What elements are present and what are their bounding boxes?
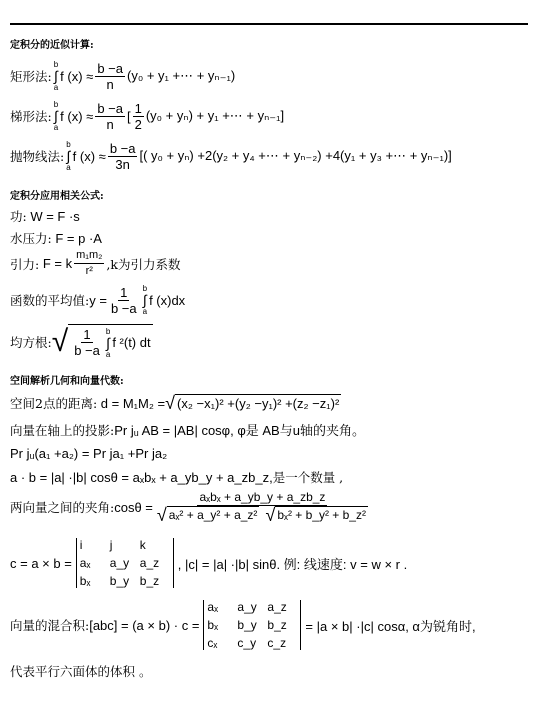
formula-projection: 向量在轴上的投影: Pr jᵤ AB = |AB| cosφ, φ是 AB与u轴… bbox=[10, 420, 365, 439]
label: 矩形法: bbox=[10, 67, 52, 85]
sqrt-icon: √ 1b −a b∫a f ²(t) dt bbox=[52, 324, 153, 360]
integral-icon: b∫a bbox=[106, 327, 110, 359]
formula-cross-product: c = a × b = ijk aₓa_ya_z bₓb_yb_z , |c| … bbox=[10, 538, 407, 588]
fraction: b −an bbox=[95, 61, 125, 92]
volume-note: 代表平行六面体的体积 。 bbox=[10, 662, 151, 680]
formula-trapezoid: 梯形法: b∫a f (x) ≈ b −an [ 12 (y₀ + yₙ) + … bbox=[10, 100, 284, 132]
formula-mixed-product: 向量的混合积: [abc] = (a × b) · c = aₓa_ya_z b… bbox=[10, 600, 476, 650]
fraction: m₁m₂r² bbox=[74, 248, 104, 279]
integral-icon: b∫a bbox=[54, 100, 58, 132]
fraction: b −a3n bbox=[108, 141, 138, 172]
formula-mean-value: 函数的平均值: y = 1b −a b∫a f (x)dx bbox=[10, 284, 185, 316]
formula-rms: 均方根: √ 1b −a b∫a f ²(t) dt bbox=[10, 324, 153, 360]
fraction: 1b −a bbox=[109, 285, 139, 316]
header-rule bbox=[10, 23, 528, 25]
formula-angle: 两向量之间的夹角: cosθ = aₓbₓ + a_yb_y + a_zb_z … bbox=[10, 490, 372, 524]
formula-dot-product: a · b = |a| ·|b| cosθ = aₓbₓ + a_yb_y + … bbox=[10, 468, 343, 486]
sqrt-icon: √(x₂ −x₁)² +(y₂ −y₁)² +(z₂ −z₁)² bbox=[165, 394, 341, 412]
integral-icon: b∫a bbox=[66, 140, 70, 172]
formula-gravity: 引力: F = k m₁m₂r² ,k为引力系数 bbox=[10, 248, 180, 279]
integral-icon: b∫a bbox=[54, 60, 58, 92]
section-heading-vectors: 空间解析几何和向量代数: bbox=[10, 372, 124, 387]
determinant-matrix: ijk aₓa_ya_z bₓb_yb_z bbox=[76, 538, 174, 588]
fraction: b −an bbox=[95, 101, 125, 132]
formula-rectangle: 矩形法: b∫a f (x) ≈ b −an (y₀ + y₁ +⋯ + yₙ₋… bbox=[10, 60, 235, 92]
formula-work: 功: W = F ·s bbox=[10, 207, 80, 225]
integral-icon: b∫a bbox=[143, 284, 147, 316]
fraction: 1b −a bbox=[72, 327, 102, 358]
section-heading-approx: 定积分的近似计算: bbox=[10, 36, 94, 51]
formula-distance: 空间2点的距离: d = M₁M₂ = √(x₂ −x₁)² +(y₂ −y₁)… bbox=[10, 394, 341, 412]
formula-parabola: 抛物线法: b∫a f (x) ≈ b −a3n [( y₀ + yₙ) +2(… bbox=[10, 140, 452, 172]
formula-projection-sum: Pr jᵤ(a₁ +a₂) = Pr ja₁ +Pr ja₂ bbox=[10, 446, 167, 461]
formula-pressure: 水压力: F = p ·A bbox=[10, 229, 102, 247]
determinant-matrix: aₓa_ya_z bₓb_yb_z cₓc_yc_z bbox=[203, 600, 301, 650]
half-fraction: 12 bbox=[133, 101, 144, 132]
fraction: aₓbₓ + a_yb_y + a_zb_z √aₓ² + a_y² + a_z… bbox=[155, 490, 370, 524]
section-heading-applications: 定积分应用相关公式: bbox=[10, 187, 104, 202]
